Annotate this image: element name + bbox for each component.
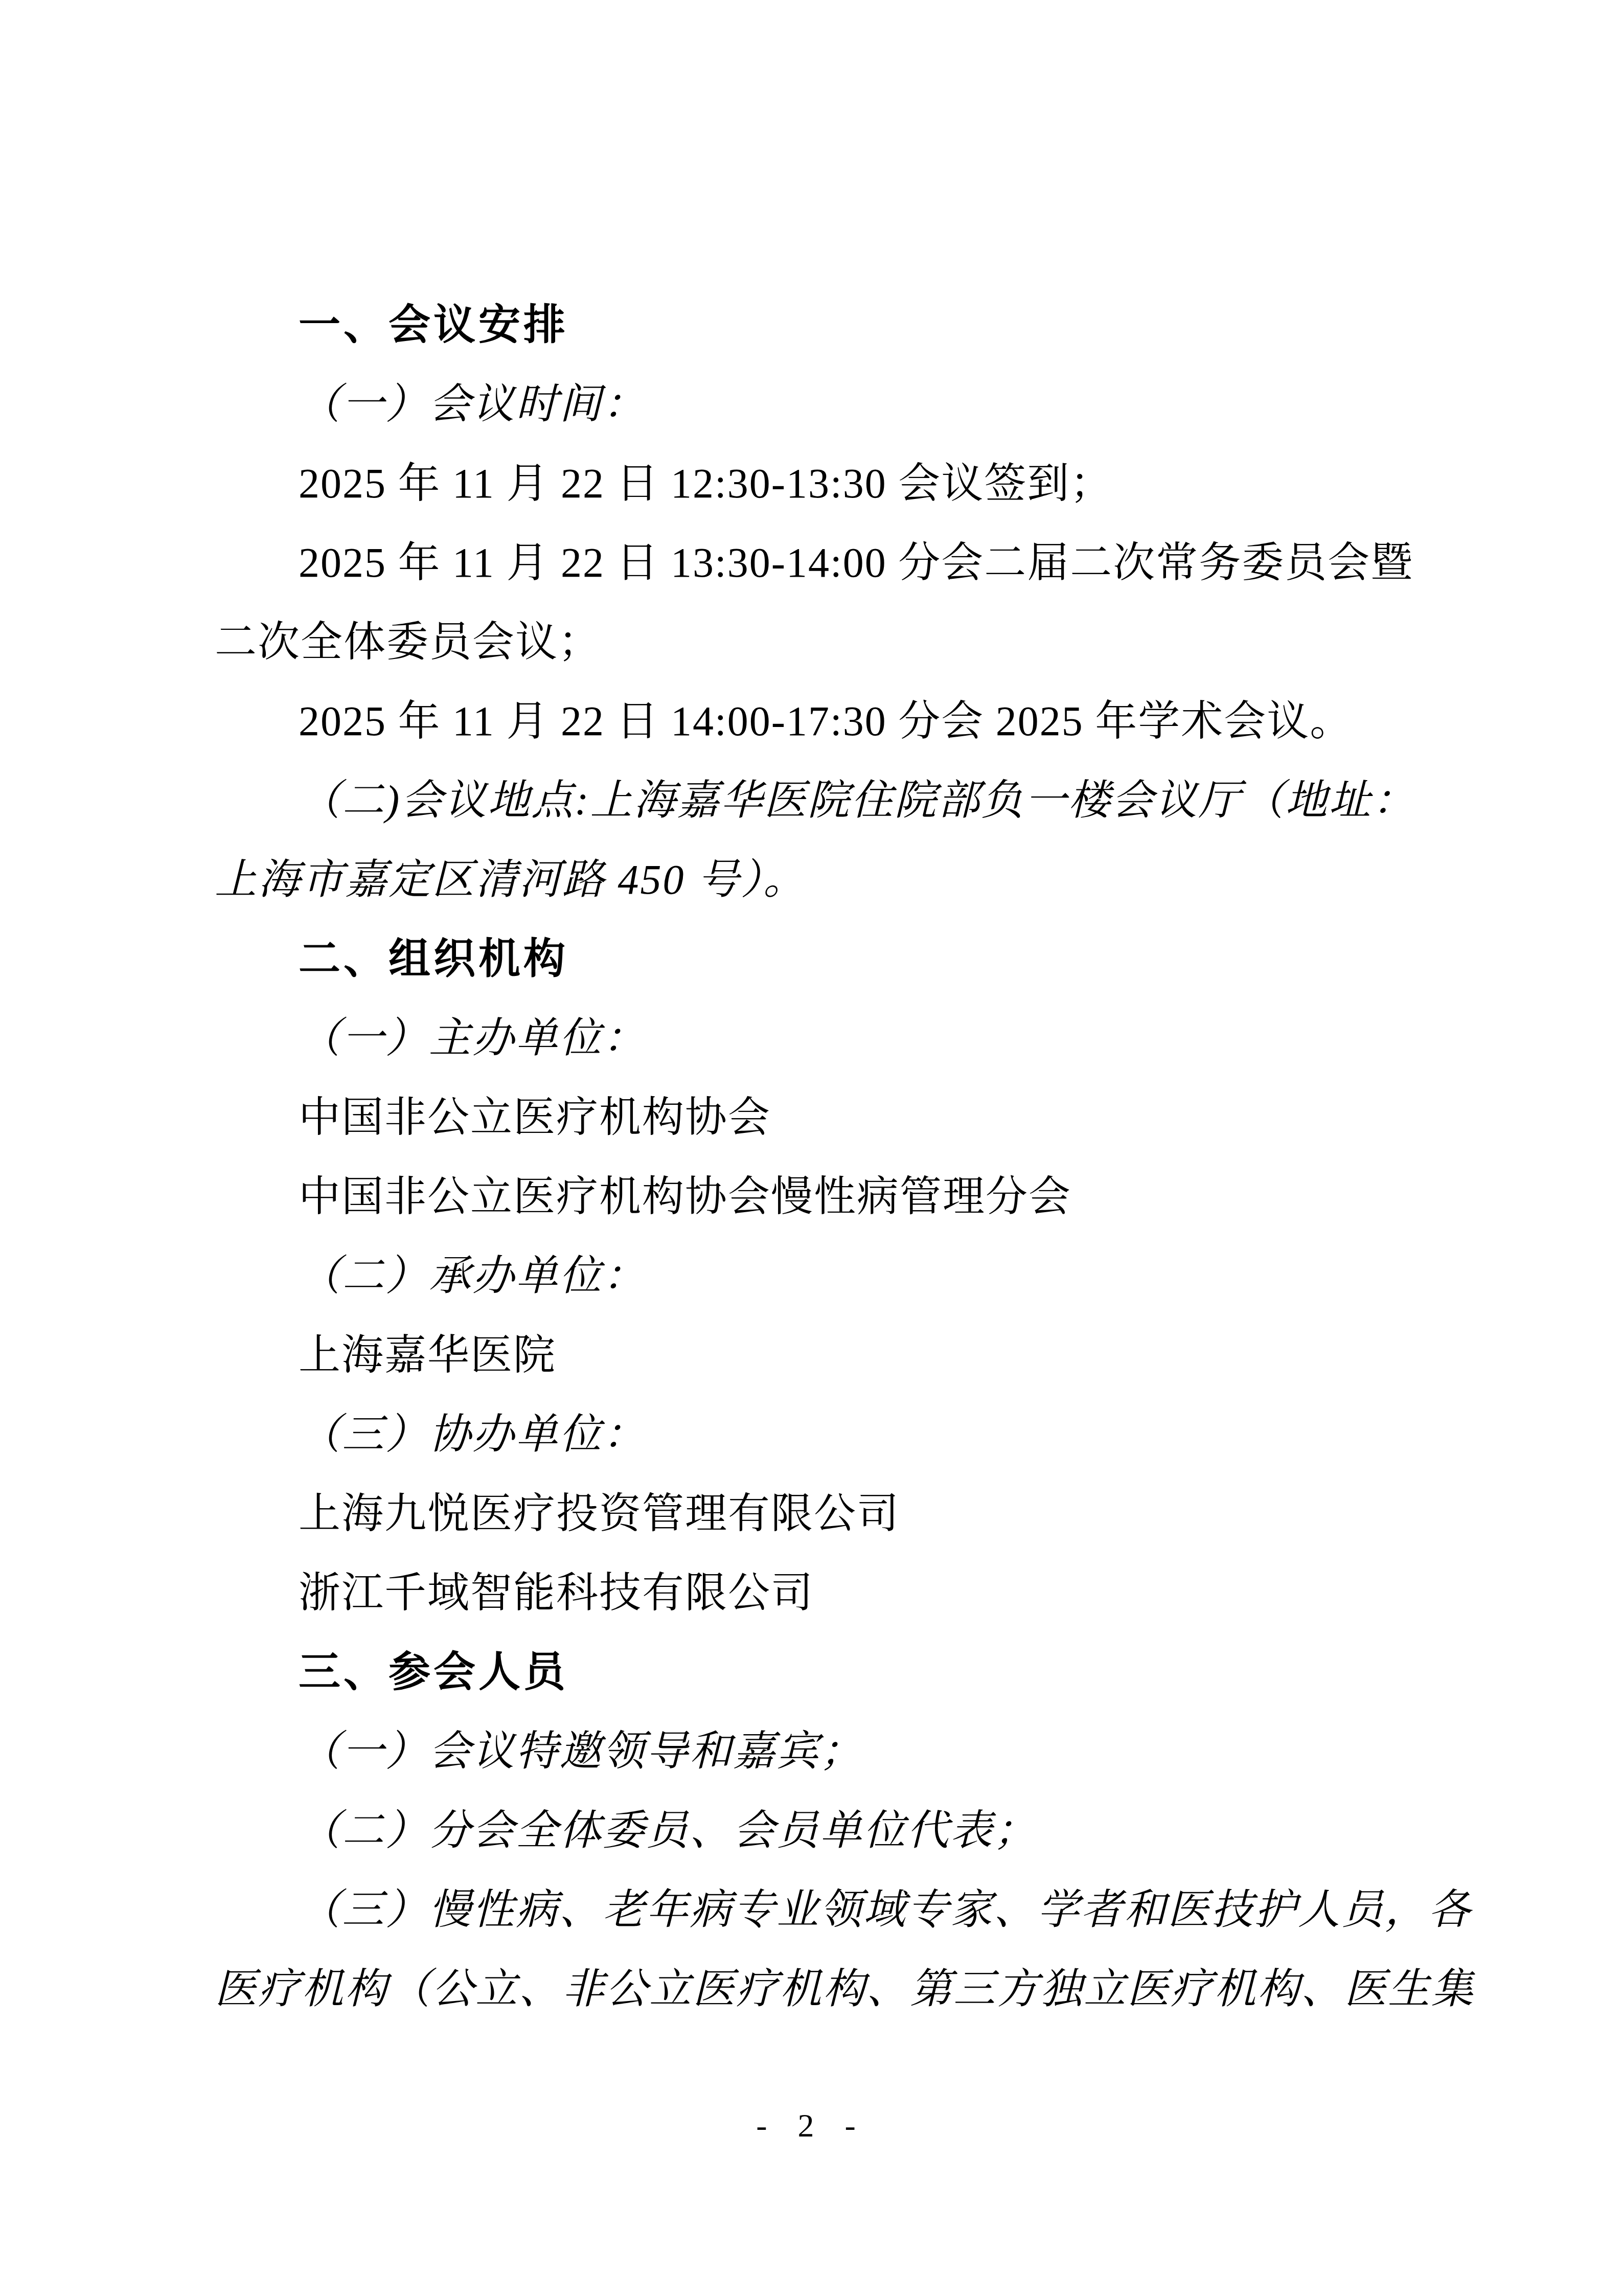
doc-line-address-cont: 上海市嘉定区清河路 450 号）。 xyxy=(215,840,1482,919)
section-heading-organization: 二、组织机构 xyxy=(215,919,1482,998)
subheading-meeting-place: （二)会议地点:上海嘉华医院住院部负一楼会议厅（地址： xyxy=(215,761,1482,840)
document-page: 一、会议安排 （一）会议时间： 2025 年 11 月 22 日 12:30-1… xyxy=(0,0,1623,2296)
subheading-undertaking-unit: （二）承办单位： xyxy=(215,1236,1482,1315)
doc-line-coorganizer-2: 浙江千域智能科技有限公司 xyxy=(215,1553,1482,1632)
subheading-meeting-time: （一）会议时间： xyxy=(215,365,1482,444)
doc-line-undertaker: 上海嘉华医院 xyxy=(215,1315,1482,1395)
doc-line-participants-3-cont: 医疗机构（公立、非公立医疗机构、第三方独立医疗机构、医生集 xyxy=(215,1949,1482,2029)
section-heading-meeting-arrangement: 一、会议安排 xyxy=(215,285,1482,365)
subheading-coorganizer-unit: （三）协办单位： xyxy=(215,1395,1482,1474)
page-number: - 2 - xyxy=(0,2100,1623,2151)
doc-line-academic-meeting-time: 2025 年 11 月 22 日 14:00-17:30 分会 2025 年学术… xyxy=(215,681,1482,761)
subheading-host-unit: （一）主办单位： xyxy=(215,998,1482,1078)
doc-line-signin-time: 2025 年 11 月 22 日 12:30-13:30 会议签到； xyxy=(215,444,1482,523)
doc-line-coorganizer-1: 上海九悦医疗投资管理有限公司 xyxy=(215,1474,1482,1553)
section-heading-participants: 三、参会人员 xyxy=(215,1632,1482,1712)
doc-line-committee-meeting-time: 2025 年 11 月 22 日 13:30-14:00 分会二届二次常务委员会… xyxy=(215,523,1482,602)
doc-line-participants-1: （一）会议特邀领导和嘉宾； xyxy=(215,1712,1482,1791)
doc-line-host-1: 中国非公立医疗机构协会 xyxy=(215,1078,1482,1157)
doc-line-committee-meeting-cont: 二次全体委员会议； xyxy=(215,602,1482,681)
doc-line-participants-2: （二）分会全体委员、会员单位代表； xyxy=(215,1791,1482,1870)
doc-line-participants-3: （三）慢性病、老年病专业领域专家、学者和医技护人员，各 xyxy=(215,1870,1482,1949)
document-body: 一、会议安排 （一）会议时间： 2025 年 11 月 22 日 12:30-1… xyxy=(215,285,1482,2029)
doc-line-host-2: 中国非公立医疗机构协会慢性病管理分会 xyxy=(215,1157,1482,1236)
